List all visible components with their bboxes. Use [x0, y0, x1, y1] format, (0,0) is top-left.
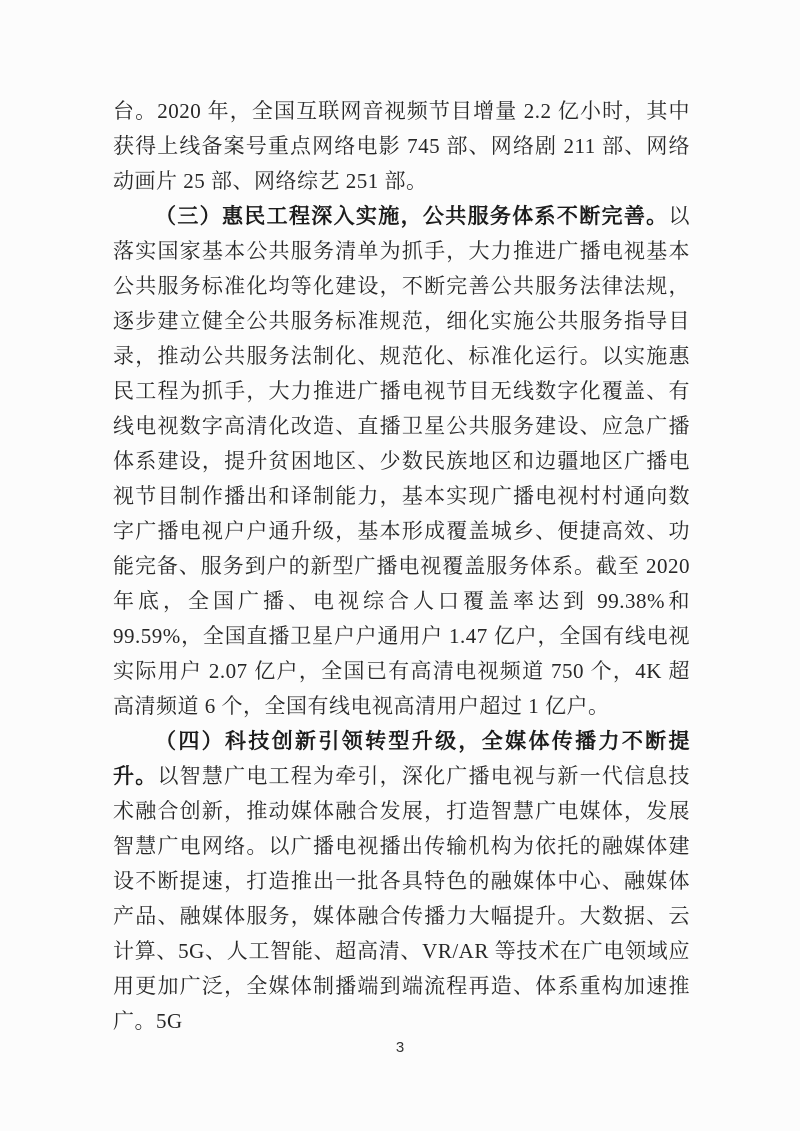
paragraph-text: 台。2020 年，全国互联网音视频节目增量 2.2 亿小时，其中获得上线备案号重… [113, 99, 690, 193]
section-heading-3: （三）惠民工程深入实施，公共服务体系不断完善。 [155, 204, 669, 228]
paragraph-text: 以智慧广电工程为牵引，深化广播电视与新一代信息技术融合创新，推动媒体融合发展，打… [113, 764, 690, 1033]
document-page: 台。2020 年，全国互联网音视频节目增量 2.2 亿小时，其中获得上线备案号重… [0, 0, 800, 1131]
page-number: 3 [0, 1038, 800, 1058]
paragraph-section-3: （三）惠民工程深入实施，公共服务体系不断完善。以落实国家基本公共服务清单为抓手，… [113, 199, 690, 724]
document-body: 台。2020 年，全国互联网音视频节目增量 2.2 亿小时，其中获得上线备案号重… [113, 94, 690, 1039]
paragraph-section-4: （四）科技创新引领转型升级，全媒体传播力不断提升。以智慧广电工程为牵引，深化广播… [113, 724, 690, 1039]
paragraph-text: 以落实国家基本公共服务清单为抓手，大力推进广播电视基本公共服务标准化均等化建设，… [113, 204, 690, 718]
paragraph-continuation: 台。2020 年，全国互联网音视频节目增量 2.2 亿小时，其中获得上线备案号重… [113, 94, 690, 199]
